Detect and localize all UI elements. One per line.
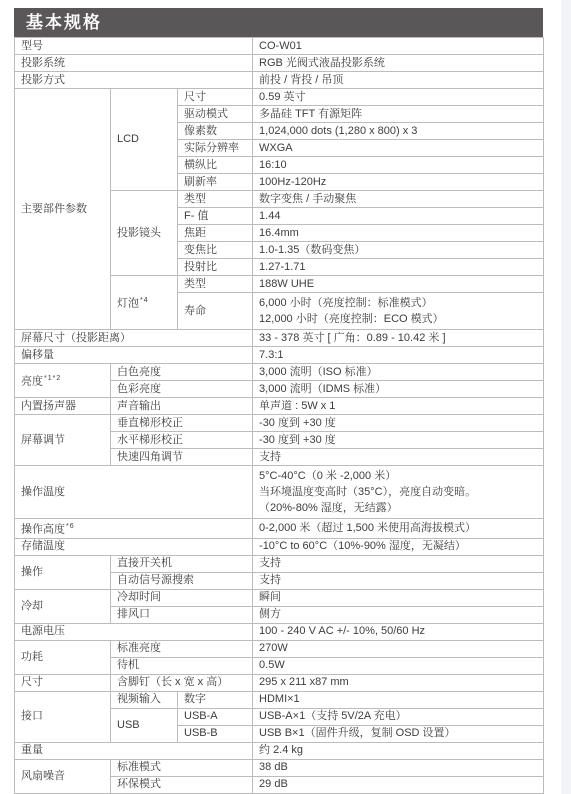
lcd-resolution-value: WXGA bbox=[253, 140, 544, 157]
lcd-size-value: 0.59 英寸 bbox=[253, 89, 544, 106]
lamp-type-label: 类型 bbox=[178, 276, 253, 293]
brightness-footnote: *1*2 bbox=[44, 375, 61, 382]
lamp-life-label: 寿命 bbox=[178, 293, 253, 330]
power-standby-label: 待机 bbox=[111, 657, 253, 674]
row-direct-power: 操作 直接开关机 支持 bbox=[15, 555, 544, 572]
vkeystone-label: 垂直梯形校正 bbox=[111, 415, 253, 432]
projection-method-value: 前投 / 背投 / 吊顶 bbox=[253, 72, 544, 89]
section-title: 基本规格 bbox=[14, 8, 543, 37]
row-fan-normal: 风扇噪音 标准模式 38 dB bbox=[15, 759, 544, 776]
video-input-label: 视频输入 bbox=[111, 691, 178, 708]
video-input-value: HDMI×1 bbox=[253, 691, 544, 708]
row-power-normal: 功耗 标准亮度 270W bbox=[15, 640, 544, 657]
op-temp-value: 5°C-40°C（0 米 -2,000 米） 当环境温度变高时（35°C），亮度… bbox=[253, 466, 544, 519]
row-screen-size: 屏幕尺寸（投影距离） 33 - 378 英寸 [ 广角：0.89 - 10.42… bbox=[15, 330, 544, 347]
storage-temp-label: 存储温度 bbox=[15, 538, 253, 555]
row-weight: 重量 约 2.4 kg bbox=[15, 742, 544, 759]
model-label: 型号 bbox=[15, 38, 253, 55]
row-storage-temp: 存储温度 -10°C to 60°C（10%-90% 湿度，无凝结） bbox=[15, 538, 544, 555]
lamp-label-text: 灯泡 bbox=[117, 298, 139, 310]
power-normal-label: 标准亮度 bbox=[111, 640, 253, 657]
power-standby-value: 0.5W bbox=[253, 657, 544, 674]
usb-a-value: USB-A×1（支持 5V/2A 充电） bbox=[253, 708, 544, 725]
projection-system-value: RGB 光阀式液晶投影系统 bbox=[253, 55, 544, 72]
auto-source-label: 自动信号源搜索 bbox=[111, 572, 253, 589]
speaker-output-label: 声音输出 bbox=[111, 398, 253, 415]
brightness-color-label: 色彩亮度 bbox=[111, 381, 253, 398]
page-edge-strip bbox=[561, 0, 571, 794]
row-video-input: 接口 视频输入 数字 HDMI×1 bbox=[15, 691, 544, 708]
lcd-aspect-label: 横纵比 bbox=[178, 157, 253, 174]
lens-fvalue-value: 1.44 bbox=[253, 208, 544, 225]
power-label: 功耗 bbox=[15, 640, 111, 674]
voltage-value: 100 - 240 V AC +/- 10%, 50/60 Hz bbox=[253, 623, 544, 640]
vkeystone-value: -30 度到 +30 度 bbox=[253, 415, 544, 432]
op-temp-line3: （20%-80% 湿度，无结露） bbox=[259, 500, 537, 516]
lamp-type-value: 188W UHE bbox=[253, 276, 544, 293]
lens-type-label: 类型 bbox=[178, 191, 253, 208]
lens-throw-value: 1.27-1.71 bbox=[253, 259, 544, 276]
hkeystone-value: -30 度到 +30 度 bbox=[253, 432, 544, 449]
lens-zoom-label: 变焦比 bbox=[178, 242, 253, 259]
dimensions-sub-label: 含脚钉（长 x 宽 x 高） bbox=[111, 674, 253, 691]
row-offset: 偏移量 7.3:1 bbox=[15, 347, 544, 364]
offset-label: 偏移量 bbox=[15, 347, 253, 364]
lamp-life-line1: 6,000 小时（亮度控制：标准模式） bbox=[259, 295, 537, 311]
fan-normal-value: 38 dB bbox=[253, 759, 544, 776]
lens-label: 投影镜头 bbox=[111, 191, 178, 276]
weight-label: 重量 bbox=[15, 742, 253, 759]
speaker-value: 单声道 : 5W x 1 bbox=[253, 398, 544, 415]
lcd-label: LCD bbox=[111, 89, 178, 191]
lens-throw-label: 投射比 bbox=[178, 259, 253, 276]
lamp-life-value: 6,000 小时（亮度控制：标准模式） 12,000 小时（亮度控制：ECO 模… bbox=[253, 293, 544, 330]
interfaces-label: 接口 bbox=[15, 691, 111, 742]
row-op-temp: 操作温度 5°C-40°C（0 米 -2,000 米） 当环境温度变高时（35°… bbox=[15, 466, 544, 519]
lens-type-value: 数字变焦 / 手动聚焦 bbox=[253, 191, 544, 208]
speaker-label: 内置扬声器 bbox=[15, 398, 111, 415]
lamp-footnote: *4 bbox=[140, 297, 149, 304]
cool-time-value: 瞬间 bbox=[253, 589, 544, 606]
lamp-life-line2: 12,000 小时（亮度控制：ECO 模式） bbox=[259, 311, 537, 327]
brightness-color-value: 3,000 流明（IDMS 标准） bbox=[253, 381, 544, 398]
screen-size-value: 33 - 378 英寸 [ 广角：0.89 - 10.42 米 ] bbox=[253, 330, 544, 347]
spec-table: 型号 CO-W01 投影系统 RGB 光阀式液晶投影系统 投影方式 前投 / 背… bbox=[14, 37, 544, 794]
weight-value: 约 2.4 kg bbox=[253, 742, 544, 759]
op-altitude-value: 0-2,000 米（超过 1,500 米使用高海拔模式） bbox=[253, 519, 544, 539]
lcd-pixels-value: 1,024,000 dots (1,280 x 800) x 3 bbox=[253, 123, 544, 140]
op-temp-line2: 当环境温度变高时（35°C），亮度自动变暗。 bbox=[259, 484, 537, 500]
brightness-white-value: 3,000 流明（ISO 标准） bbox=[253, 364, 544, 381]
projection-method-label: 投影方式 bbox=[15, 72, 253, 89]
quick-corner-value: 支持 bbox=[253, 449, 544, 466]
cooling-label: 冷却 bbox=[15, 589, 111, 623]
usb-b-value: USB B×1（固件升级，复制 OSD 设置） bbox=[253, 725, 544, 742]
lamp-label: 灯泡*4 bbox=[111, 276, 178, 330]
auto-source-value: 支持 bbox=[253, 572, 544, 589]
operation-label: 操作 bbox=[15, 555, 111, 589]
row-speaker: 内置扬声器 声音输出 单声道 : 5W x 1 bbox=[15, 398, 544, 415]
row-lcd-size: 主要部件参数 LCD 尺寸 0.59 英寸 bbox=[15, 89, 544, 106]
cool-time-label: 冷却时间 bbox=[111, 589, 253, 606]
row-brightness-white: 亮度*1*2 白色亮度 3,000 流明（ISO 标准） bbox=[15, 364, 544, 381]
fan-eco-value: 29 dB bbox=[253, 776, 544, 793]
fan-noise-label: 风扇噪音 bbox=[15, 759, 111, 793]
screen-adjust-label: 屏幕调节 bbox=[15, 415, 111, 466]
row-projection-system: 投影系统 RGB 光阀式液晶投影系统 bbox=[15, 55, 544, 72]
lcd-drive-label: 驱动模式 bbox=[178, 106, 253, 123]
brightness-label: 亮度*1*2 bbox=[15, 364, 111, 398]
exhaust-label: 排风口 bbox=[111, 606, 253, 623]
fan-normal-label: 标准模式 bbox=[111, 759, 253, 776]
op-temp-line1: 5°C-40°C（0 米 -2,000 米） bbox=[259, 468, 537, 484]
brightness-label-text: 亮度 bbox=[21, 376, 43, 388]
lcd-refresh-value: 100Hz-120Hz bbox=[253, 174, 544, 191]
power-normal-value: 270W bbox=[253, 640, 544, 657]
usb-b-label: USB-B bbox=[178, 725, 253, 742]
op-altitude-label: 操作高度*6 bbox=[15, 519, 253, 539]
voltage-label: 电源电压 bbox=[15, 623, 253, 640]
row-cool-time: 冷却 冷却时间 瞬间 bbox=[15, 589, 544, 606]
row-dimensions: 尺寸 含脚钉（长 x 宽 x 高） 295 x 211 x87 mm bbox=[15, 674, 544, 691]
brightness-white-label: 白色亮度 bbox=[111, 364, 253, 381]
op-altitude-footnote: *6 bbox=[66, 523, 75, 530]
direct-power-label: 直接开关机 bbox=[111, 555, 253, 572]
row-vkeystone: 屏幕调节 垂直梯形校正 -30 度到 +30 度 bbox=[15, 415, 544, 432]
row-projection-method: 投影方式 前投 / 背投 / 吊顶 bbox=[15, 72, 544, 89]
main-components-label: 主要部件参数 bbox=[15, 89, 111, 330]
lcd-refresh-label: 刷新率 bbox=[178, 174, 253, 191]
screen-size-label: 屏幕尺寸（投影距离） bbox=[15, 330, 253, 347]
dimensions-label: 尺寸 bbox=[15, 674, 111, 691]
hkeystone-label: 水平梯形校正 bbox=[111, 432, 253, 449]
offset-value: 7.3:1 bbox=[253, 347, 544, 364]
lcd-drive-value: 多晶硅 TFT 有源矩阵 bbox=[253, 106, 544, 123]
usb-a-label: USB-A bbox=[178, 708, 253, 725]
row-voltage: 电源电压 100 - 240 V AC +/- 10%, 50/60 Hz bbox=[15, 623, 544, 640]
lens-fvalue-label: F- 值 bbox=[178, 208, 253, 225]
lcd-pixels-label: 像素数 bbox=[178, 123, 253, 140]
exhaust-value: 侧方 bbox=[253, 606, 544, 623]
row-op-altitude: 操作高度*6 0-2,000 米（超过 1,500 米使用高海拔模式） bbox=[15, 519, 544, 539]
storage-temp-value: -10°C to 60°C（10%-90% 湿度，无凝结） bbox=[253, 538, 544, 555]
lcd-size-label: 尺寸 bbox=[178, 89, 253, 106]
op-temp-label: 操作温度 bbox=[15, 466, 253, 519]
lcd-aspect-value: 16:10 bbox=[253, 157, 544, 174]
model-value: CO-W01 bbox=[253, 38, 544, 55]
direct-power-value: 支持 bbox=[253, 555, 544, 572]
dimensions-value: 295 x 211 x87 mm bbox=[253, 674, 544, 691]
row-model: 型号 CO-W01 bbox=[15, 38, 544, 55]
lens-zoom-value: 1.0-1.35（数码变焦） bbox=[253, 242, 544, 259]
op-altitude-label-text: 操作高度 bbox=[21, 524, 65, 536]
usb-label: USB bbox=[111, 708, 178, 742]
projection-system-label: 投影系统 bbox=[15, 55, 253, 72]
spec-section: 基本规格 型号 CO-W01 投影系统 RGB 光阀式液晶投影系统 投影方式 前… bbox=[14, 8, 543, 794]
lcd-resolution-label: 实际分辨率 bbox=[178, 140, 253, 157]
lens-focal-label: 焦距 bbox=[178, 225, 253, 242]
lens-focal-value: 16.4mm bbox=[253, 225, 544, 242]
video-digital-label: 数字 bbox=[178, 691, 253, 708]
quick-corner-label: 快速四角调节 bbox=[111, 449, 253, 466]
fan-eco-label: 环保模式 bbox=[111, 776, 253, 793]
